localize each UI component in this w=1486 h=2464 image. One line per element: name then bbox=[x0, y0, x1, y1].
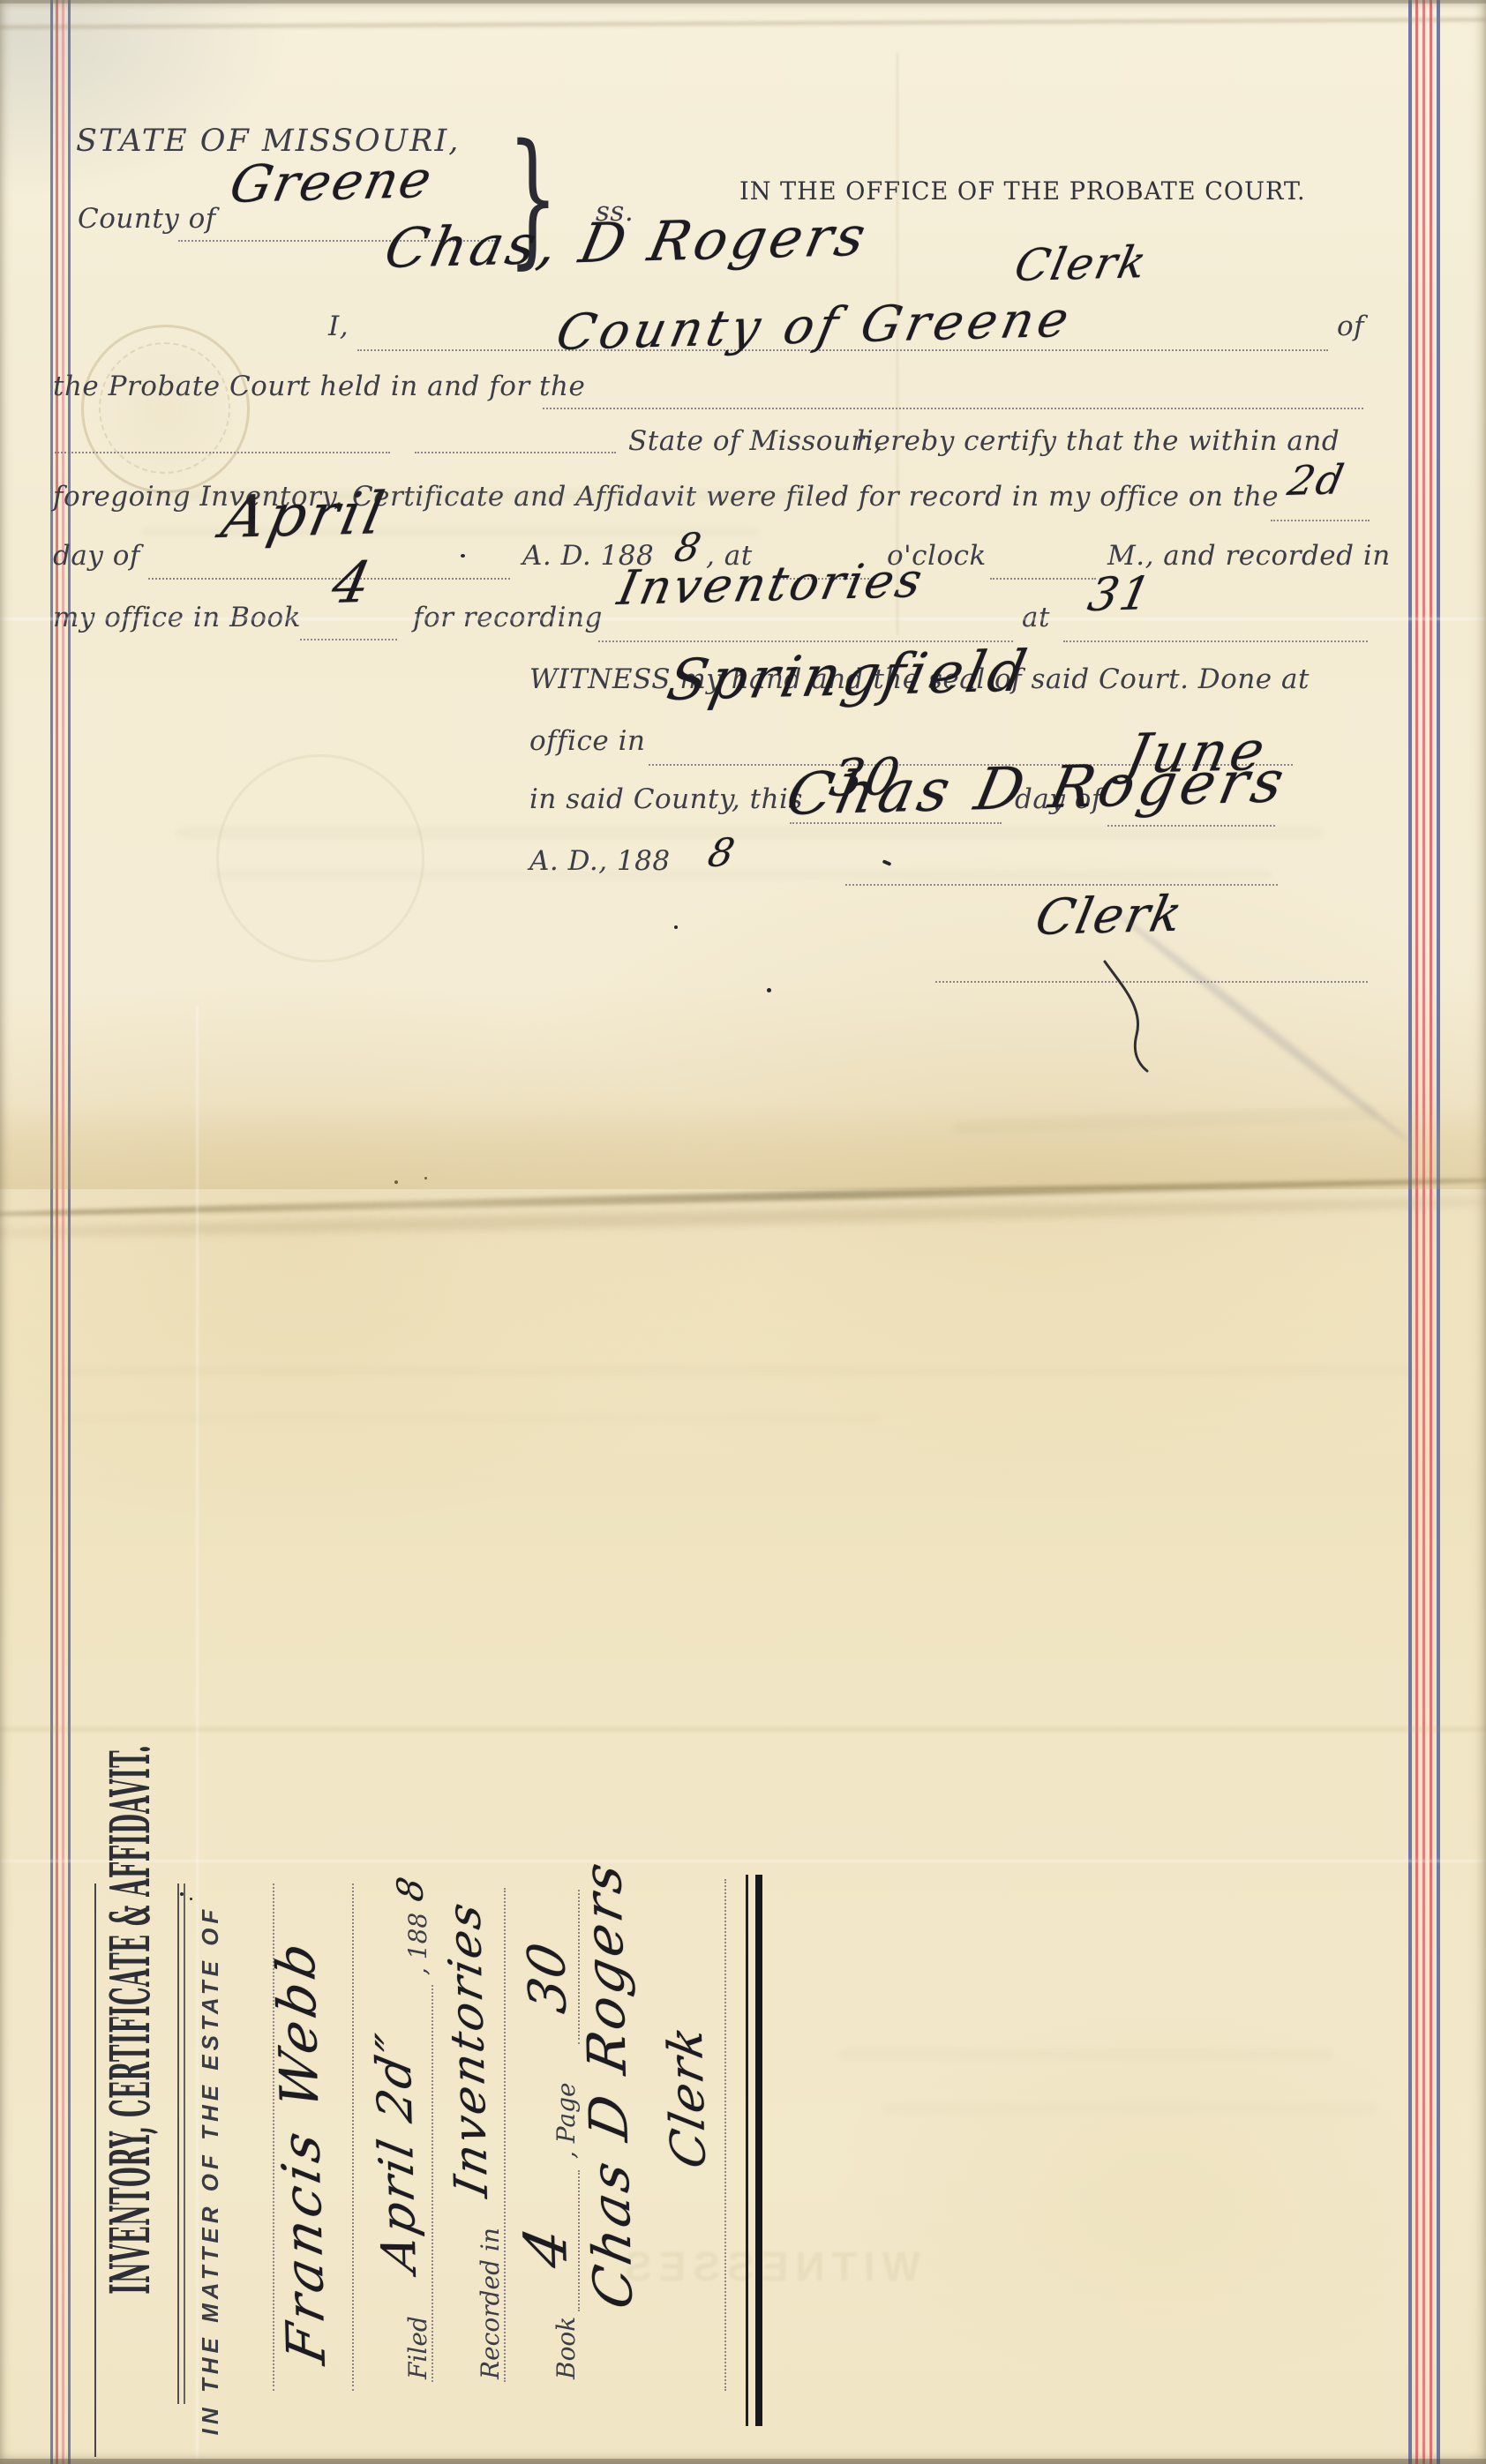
fold-crease-3 bbox=[0, 1860, 1486, 1862]
docket-page-label: , Page bbox=[552, 2082, 581, 2159]
docket-estate-name: Francis Webb bbox=[266, 1933, 338, 2369]
pen-flourish bbox=[1092, 960, 1172, 1075]
fold-crease-2 bbox=[0, 1727, 1486, 1731]
county-handwritten: Greene bbox=[225, 149, 439, 214]
state-mid-label: State of Missouri, bbox=[628, 425, 883, 457]
docket-signature: Chas D Rogers bbox=[572, 1854, 645, 2314]
docket-signature-title: Clerk bbox=[657, 2020, 717, 2173]
right-margin-blue-inner bbox=[1408, 0, 1412, 2464]
docket-filed-label: Filed bbox=[403, 2316, 432, 2379]
bleedthrough-stripe bbox=[212, 870, 1271, 880]
docket-closing-rule-thick bbox=[755, 1875, 762, 2426]
right-margin-blue-outer bbox=[1437, 0, 1440, 2464]
scan-edge-top bbox=[0, 0, 1486, 4]
embossed-court-seal bbox=[81, 325, 250, 493]
docket-book-value: 4 bbox=[512, 2221, 581, 2273]
docket-page-value: 30 bbox=[516, 1936, 578, 2018]
docket-recorded-value: Inventories bbox=[438, 1896, 499, 2201]
office-city-handwritten: Springfield bbox=[662, 639, 1035, 714]
docket-recorded-label: Recorded in bbox=[476, 2228, 505, 2379]
docket-book-line bbox=[578, 2170, 580, 2311]
page-number-handwritten: 31 bbox=[1084, 567, 1157, 622]
docket-title: INVENTORY, CERTIFICATE & AFFIDAVIT. bbox=[98, 2046, 162, 2294]
county-of-label: County of bbox=[78, 203, 216, 235]
bleedthrough-stripe bbox=[62, 1366, 1412, 1376]
vertical-crease-2 bbox=[897, 53, 898, 635]
ink-speck bbox=[461, 554, 465, 558]
docket-filed-line bbox=[432, 1985, 433, 2382]
day-fill-line bbox=[1271, 520, 1370, 521]
scan-edge-bottom bbox=[0, 2459, 1486, 2464]
page-fill-line bbox=[1063, 640, 1368, 642]
i-label: I, bbox=[328, 311, 349, 342]
county-this-label: in said County, this bbox=[529, 783, 803, 815]
docket-double-rule-b bbox=[184, 1884, 185, 2404]
docket-filed-value: April 2d″ bbox=[365, 2027, 427, 2276]
at2-label: at bbox=[1022, 602, 1050, 633]
docket-recorded-line bbox=[504, 1888, 506, 2382]
docket-double-rule-a bbox=[177, 1884, 179, 2404]
held-line: the Probate Court held in and for the bbox=[53, 371, 585, 402]
recording-label: for recording bbox=[413, 602, 603, 633]
scan-grime-top bbox=[0, 18, 1486, 30]
docket-name-line-b bbox=[352, 1884, 354, 2391]
recording-handwritten: Inventories bbox=[613, 552, 929, 616]
ink-speck bbox=[674, 925, 678, 929]
witness-month-fill-line bbox=[1107, 825, 1275, 827]
right-margin-red-3 bbox=[1430, 0, 1432, 2464]
month-fill-line bbox=[148, 578, 510, 580]
docket-year-label: , 188 bbox=[403, 1913, 432, 1975]
myoffice-label: my office in Book bbox=[53, 602, 301, 633]
blank-fill-line-a bbox=[55, 452, 390, 453]
held-fill-line bbox=[543, 408, 1363, 409]
bleedthrough-stripe bbox=[882, 2103, 1377, 2114]
right-margin-red-1 bbox=[1415, 0, 1418, 2464]
docket-signature-line bbox=[724, 1879, 726, 2391]
book-handwritten: 4 bbox=[326, 550, 378, 617]
bleedthrough-stripe bbox=[176, 828, 1324, 838]
dayof-label: day of bbox=[53, 540, 140, 572]
bleedthrough-stripe bbox=[838, 2048, 1332, 2061]
docket-closing-rule-thin bbox=[746, 1875, 748, 2426]
bleedthrough-stripe bbox=[141, 491, 812, 501]
blank-fill-line-b bbox=[415, 452, 616, 453]
stain-dot bbox=[394, 1180, 398, 1184]
embossed-seal-ghost bbox=[216, 754, 424, 962]
docket-rule-top bbox=[94, 1884, 96, 2457]
office-in-label: office in bbox=[529, 725, 645, 757]
certify-rest: hereby certify that the within and bbox=[856, 425, 1340, 457]
docket-book-label: Book bbox=[552, 2317, 581, 2379]
meridian-fill-line bbox=[990, 578, 1096, 580]
clerk-signature: Chas D Rogers bbox=[781, 747, 1294, 828]
right-margin-red-2 bbox=[1422, 0, 1425, 2464]
ink-speck bbox=[767, 988, 771, 992]
of-label: of bbox=[1337, 311, 1364, 342]
day-number-handwritten: 2d bbox=[1284, 455, 1349, 505]
docket-panel: INVENTORY, CERTIFICATE & AFFIDAVIT. IN T… bbox=[49, 1875, 765, 2464]
ink-speck bbox=[882, 859, 892, 866]
bleedthrough-stripe bbox=[953, 1106, 1377, 1135]
clerk-title-handwritten: Clerk bbox=[1010, 236, 1152, 291]
docket-year-digit: 8 bbox=[390, 1872, 432, 1905]
probate-office-title: IN THE OFFICE OF THE PROBATE COURT. bbox=[739, 176, 1306, 206]
clerk-signature-title: Clerk bbox=[1031, 886, 1189, 947]
clerk-name-handwritten: Chas, D Rogers bbox=[379, 204, 874, 281]
document-page: STATE OF MISSOURI, County of Greene } ss… bbox=[0, 0, 1486, 2464]
embossed-court-seal-inner bbox=[99, 342, 230, 474]
book-fill-line bbox=[300, 639, 397, 640]
signature-fill-line bbox=[845, 884, 1278, 886]
bleedthrough-stripe bbox=[141, 528, 759, 536]
docket-matter-label: IN THE MATTER OF THE ESTATE OF bbox=[197, 1875, 224, 2464]
bleedthrough-stripe bbox=[62, 1413, 882, 1422]
stain-dot bbox=[424, 1177, 427, 1180]
